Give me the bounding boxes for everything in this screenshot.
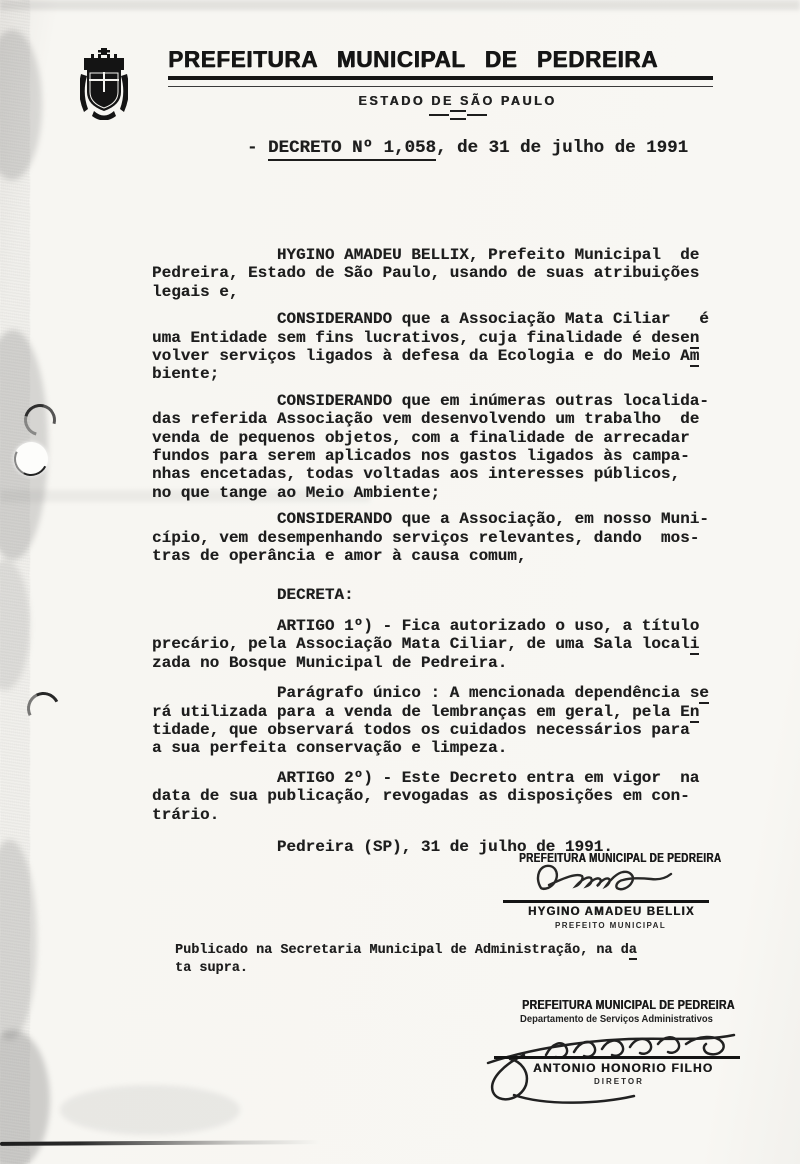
- text-segment: no que tange ao Meio Ambiente;: [152, 484, 440, 502]
- text-line: das referida Associação vem desenvolvend…: [152, 410, 752, 428]
- text-segment: legais e,: [152, 283, 238, 301]
- text-segment: nhas encetadas, todas voltadas aos inter…: [152, 465, 680, 483]
- publication-note: Publicado na Secretaria Municipal de Adm…: [175, 942, 637, 978]
- text-segment: Parágrafo único : A mencionada dependênc…: [152, 684, 699, 702]
- text-line: fundos para serem aplicados nos gastos l…: [152, 447, 752, 465]
- director-name: ANTONIO HONORIO FILHO: [533, 1061, 713, 1075]
- scan-streak: [0, 1140, 320, 1146]
- underlined-segment: m: [690, 347, 700, 367]
- text-segment: tras de operância e amor à causa comum,: [152, 547, 526, 565]
- text-segment: ARTIGO 1º) - Fica autorizado o uso, a tí…: [152, 617, 699, 635]
- text-segment: HYGINO AMADEU BELLIX, Prefeito Municipal…: [152, 246, 699, 264]
- decree-heading: - DECRETO Nº 1,058, de 31 de julho de 19…: [247, 138, 688, 158]
- text-segment: DECRETA:: [152, 586, 354, 604]
- text-line: data de sua publicação, revogadas as dis…: [152, 787, 752, 805]
- text-line: tidade, que observará todos os cuidados …: [152, 721, 752, 739]
- admin-stamp: PREFEITURA MUNICIPAL DE PEDREIRA Departa…: [488, 997, 746, 1109]
- text-line: rá utilizada para a venda de lembranças …: [152, 703, 752, 721]
- text-line: Parágrafo único : A mencionada dependênc…: [152, 684, 752, 702]
- mayor-name: HYGINO AMADEU BELLIX: [528, 906, 695, 918]
- text-line: zada no Bosque Municipal de Pedreira.: [152, 654, 752, 672]
- decree-date: , de 31 de julho de 1991: [436, 138, 688, 158]
- coat-of-arms-icon: [80, 48, 128, 120]
- underlined-segment: n: [690, 703, 700, 723]
- text-line: uma Entidade sem fins lucrativos, cuja f…: [152, 329, 752, 347]
- text-segment: das referida Associação vem desenvolvend…: [152, 410, 699, 428]
- text-segment: Publicado na Secretaria Municipal de Adm…: [175, 943, 629, 958]
- paragraph: CONSIDERANDO que a Associação, em nosso …: [152, 510, 752, 565]
- text-segment: ta supra.: [175, 961, 248, 976]
- text-segment: CONSIDERANDO que a Associação, em nosso …: [152, 510, 709, 528]
- paragraph: CONSIDERANDO que a Associação Mata Cilia…: [152, 310, 752, 384]
- text-segment: CONSIDERANDO que a Associação Mata Cilia…: [152, 310, 709, 328]
- decree-dash: -: [247, 138, 268, 158]
- letterhead-title: PREFEITURA MUNICIPAL DE PEDREIRA: [168, 46, 702, 73]
- mayor-stamp: PREFEITURA MUNICIPAL DE PEDREIRA HYGINO …: [503, 851, 715, 933]
- text-line: nhas encetadas, todas voltadas aos inter…: [152, 465, 752, 483]
- underlined-segment: i: [690, 635, 700, 655]
- text-line: trário.: [152, 806, 752, 824]
- text-line: HYGINO AMADEU BELLIX, Prefeito Municipal…: [152, 246, 752, 264]
- decree-number: DECRETO Nº 1,058: [268, 138, 436, 161]
- text-segment: biente;: [152, 365, 219, 383]
- letterhead: PREFEITURA MUNICIPAL DE PEDREIRA ESTADO …: [168, 46, 713, 120]
- paragraph: CONSIDERANDO que em inúmeras outras loca…: [152, 392, 752, 502]
- paragraph: HYGINO AMADEU BELLIX, Prefeito Municipal…: [152, 246, 752, 301]
- text-segment: data de sua publicação, revogadas as dis…: [152, 787, 690, 805]
- text-segment: a sua perfeita conservação e limpeza.: [152, 739, 507, 757]
- text-segment: ARTIGO 2º) - Este Decreto entra em vigor…: [152, 769, 699, 787]
- text-line: CONSIDERANDO que em inúmeras outras loca…: [152, 392, 752, 410]
- text-line: Publicado na Secretaria Municipal de Adm…: [175, 942, 637, 960]
- letterhead-subtitle: ESTADO DE SÃO PAULO: [202, 94, 713, 108]
- paragraph: DECRETA:: [152, 586, 752, 604]
- text-segment: volver serviços ligados à defesa da Ecol…: [152, 347, 690, 365]
- text-line: ta supra.: [175, 960, 637, 978]
- text-line: biente;: [152, 365, 752, 383]
- underlined-segment: n: [690, 329, 700, 349]
- text-line: CONSIDERANDO que a Associação Mata Cilia…: [152, 310, 752, 328]
- text-segment: Pedreira, Estado de São Paulo, usando de…: [152, 264, 699, 282]
- scan-blotch: [0, 840, 37, 1040]
- hygino-signature-icon: [529, 859, 681, 899]
- text-line: cípio, vem desempenhando serviços releva…: [152, 529, 752, 547]
- text-line: ARTIGO 2º) - Este Decreto entra em vigor…: [152, 769, 752, 787]
- paragraph: Parágrafo único : A mencionada dependênc…: [152, 684, 752, 758]
- underlined-segment: e: [699, 684, 709, 704]
- letterhead-rule: [168, 76, 713, 87]
- text-line: legais e,: [152, 283, 752, 301]
- text-segment: zada no Bosque Municipal de Pedreira.: [152, 654, 507, 672]
- text-segment: rá utilizada para a venda de lembranças …: [152, 703, 690, 721]
- mayor-role: PREFEITO MUNICIPAL: [555, 921, 666, 930]
- text-line: venda de pequenos objetos, com a finalid…: [152, 429, 752, 447]
- text-segment: fundos para serem aplicados nos gastos l…: [152, 447, 690, 465]
- paragraph: ARTIGO 1º) - Fica autorizado o uso, a tí…: [152, 617, 752, 672]
- scanned-decree-page: PREFEITURA MUNICIPAL DE PEDREIRA ESTADO …: [0, 0, 800, 1164]
- scan-blotch: [0, 30, 42, 180]
- text-segment: venda de pequenos objetos, com a finalid…: [152, 429, 690, 447]
- scan-blotch: [60, 1085, 240, 1135]
- text-segment: CONSIDERANDO que em inúmeras outras loca…: [152, 392, 709, 410]
- letterhead-flourish: [202, 110, 713, 120]
- text-segment: tidade, que observará todos os cuidados …: [152, 721, 690, 739]
- document-body: HYGINO AMADEU BELLIX, Prefeito Municipal…: [152, 246, 752, 856]
- text-line: volver serviços ligados à defesa da Ecol…: [152, 347, 752, 365]
- underlined-segment: a: [629, 943, 637, 960]
- text-line: no que tange ao Meio Ambiente;: [152, 484, 752, 502]
- text-segment: trário.: [152, 806, 219, 824]
- text-segment: uma Entidade sem fins lucrativos, cuja f…: [152, 329, 690, 347]
- text-line: a sua perfeita conservação e limpeza.: [152, 739, 752, 757]
- paragraph: ARTIGO 2º) - Este Decreto entra em vigor…: [152, 769, 752, 824]
- text-line: ARTIGO 1º) - Fica autorizado o uso, a tí…: [152, 617, 752, 635]
- text-segment: cípio, vem desempenhando serviços releva…: [152, 529, 699, 547]
- antonio-signature-icon: [484, 1011, 744, 1107]
- text-line: CONSIDERANDO que a Associação, em nosso …: [152, 510, 752, 528]
- text-line: tras de operância e amor à causa comum,: [152, 547, 752, 565]
- signature-rule: [494, 1056, 740, 1059]
- text-segment: precário, pela Associação Mata Ciliar, d…: [152, 635, 690, 653]
- stamp-org-line: PREFEITURA MUNICIPAL DE PEDREIRA: [522, 997, 735, 1012]
- text-line: DECRETA:: [152, 586, 752, 604]
- text-line: Pedreira, Estado de São Paulo, usando de…: [152, 264, 752, 282]
- director-role: DIRETOR: [594, 1077, 644, 1086]
- scan-band: [0, 0, 800, 10]
- text-line: precário, pela Associação Mata Ciliar, d…: [152, 635, 752, 653]
- signature-rule: [503, 900, 709, 903]
